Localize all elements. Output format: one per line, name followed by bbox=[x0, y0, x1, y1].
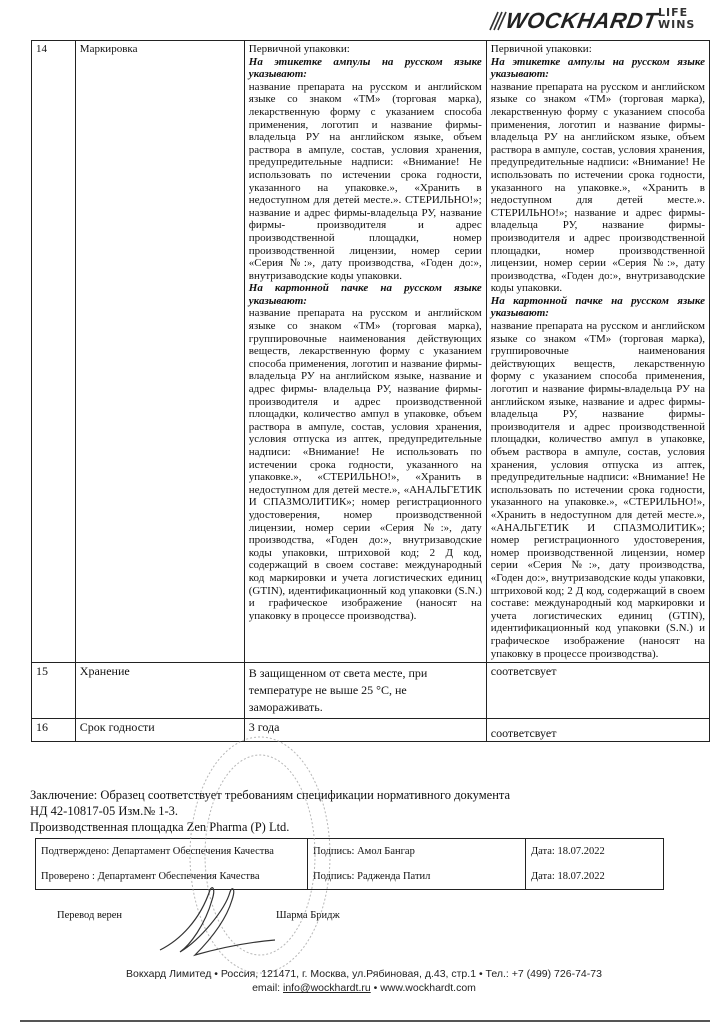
spec-ampoule-text: название препарата на русском и английск… bbox=[249, 81, 482, 283]
conclusion-line-2: НД 42-10817-05 Изм.№ 1-3. bbox=[30, 803, 510, 819]
wockhardt-logo: WOCKHARDT LIFE WINS bbox=[486, 4, 716, 38]
checked-by: Проверено : Департамент Обеспечения Каче… bbox=[36, 864, 308, 890]
row-number: 16 bbox=[32, 719, 76, 742]
email-label: email: bbox=[252, 982, 283, 994]
footer-address: Вокхард Лимитед • Россия, 121471, г. Мос… bbox=[0, 968, 728, 980]
checked-signature: Подпись: Радженда Патил bbox=[308, 864, 526, 890]
translation-label: Перевод верен bbox=[57, 910, 122, 921]
table-row: 16 Срок годности 3 года соответсвует bbox=[32, 719, 710, 742]
result-cell: соответсвует bbox=[486, 719, 709, 742]
row-number: 15 bbox=[32, 663, 76, 719]
confirmed-date: Дата: 18.07.2022 bbox=[526, 839, 664, 865]
specification-table: 14 Маркировка Первичной упаковки: На эти… bbox=[31, 40, 710, 742]
result-carton-heading: На картонной пачке на русском языке указ… bbox=[491, 295, 705, 320]
signoff-table: Подтверждено: Департамент Обеспечения Ка… bbox=[35, 838, 664, 890]
result-ampoule-heading: На этикетке ампулы на русском языке указ… bbox=[491, 56, 705, 81]
spec-ampoule-heading: На этикетке ампулы на русском языке указ… bbox=[249, 56, 482, 81]
conclusion-block: Заключение: Образец соответствует требов… bbox=[30, 787, 510, 835]
specification-cell: Первичной упаковки: На этикетке ампулы н… bbox=[244, 41, 486, 663]
spec-intro: Первичной упаковки: bbox=[249, 43, 482, 56]
parameter-name: Хранение bbox=[75, 663, 244, 719]
confirmed-by: Подтверждено: Департамент Обеспечения Ка… bbox=[36, 839, 308, 865]
tagline-line-2: WINS bbox=[658, 19, 695, 31]
specification-cell: 3 года bbox=[244, 719, 486, 742]
email-link[interactable]: info@wockhardt.ru bbox=[283, 982, 371, 994]
result-ampoule-text: название препарата на русском и английск… bbox=[491, 81, 705, 295]
signoff-row-confirmed: Подтверждено: Департамент Обеспечения Ка… bbox=[36, 839, 664, 865]
table-row: 15 Хранение В защищенном от света месте,… bbox=[32, 663, 710, 719]
handwritten-signature-icon bbox=[150, 880, 280, 960]
confirmed-signature: Подпись: Амол Бангар bbox=[308, 839, 526, 865]
footer-contacts: email: info@wockhardt.ru • www.wockhardt… bbox=[0, 982, 728, 994]
website-link[interactable]: www.wockhardt.com bbox=[380, 982, 476, 994]
specification-cell: В защищенном от света месте, при темпера… bbox=[244, 663, 486, 719]
result-intro: Первичной упаковки: bbox=[491, 43, 705, 56]
spec-carton-heading: На картонной пачке на русском языке указ… bbox=[249, 282, 482, 307]
spec-carton-text: название препарата на русском и английск… bbox=[249, 307, 482, 622]
brand-tagline: LIFE WINS bbox=[658, 7, 695, 31]
bottom-divider bbox=[20, 1020, 710, 1022]
parameter-name: Срок годности bbox=[75, 719, 244, 742]
checked-date: Дата: 18.07.2022 bbox=[526, 864, 664, 890]
brand-name: WOCKHARDT bbox=[504, 8, 660, 34]
signoff-row-checked: Проверено : Департамент Обеспечения Каче… bbox=[36, 864, 664, 890]
result-carton-text: название препарата на русском и английск… bbox=[491, 320, 705, 660]
conclusion-line-3: Производственная площадка Zen Pharma (P)… bbox=[30, 819, 510, 835]
parameter-name: Маркировка bbox=[75, 41, 244, 663]
result-cell: соответсвует bbox=[486, 663, 709, 719]
row-number: 14 bbox=[32, 41, 76, 663]
table-row: 14 Маркировка Первичной упаковки: На эти… bbox=[32, 41, 710, 663]
result-cell: Первичной упаковки: На этикетке ампулы н… bbox=[486, 41, 709, 663]
conclusion-line-1: Заключение: Образец соответствует требов… bbox=[30, 787, 510, 803]
separator: • bbox=[371, 982, 381, 994]
translator-name: Шарма Бридж bbox=[276, 910, 340, 921]
